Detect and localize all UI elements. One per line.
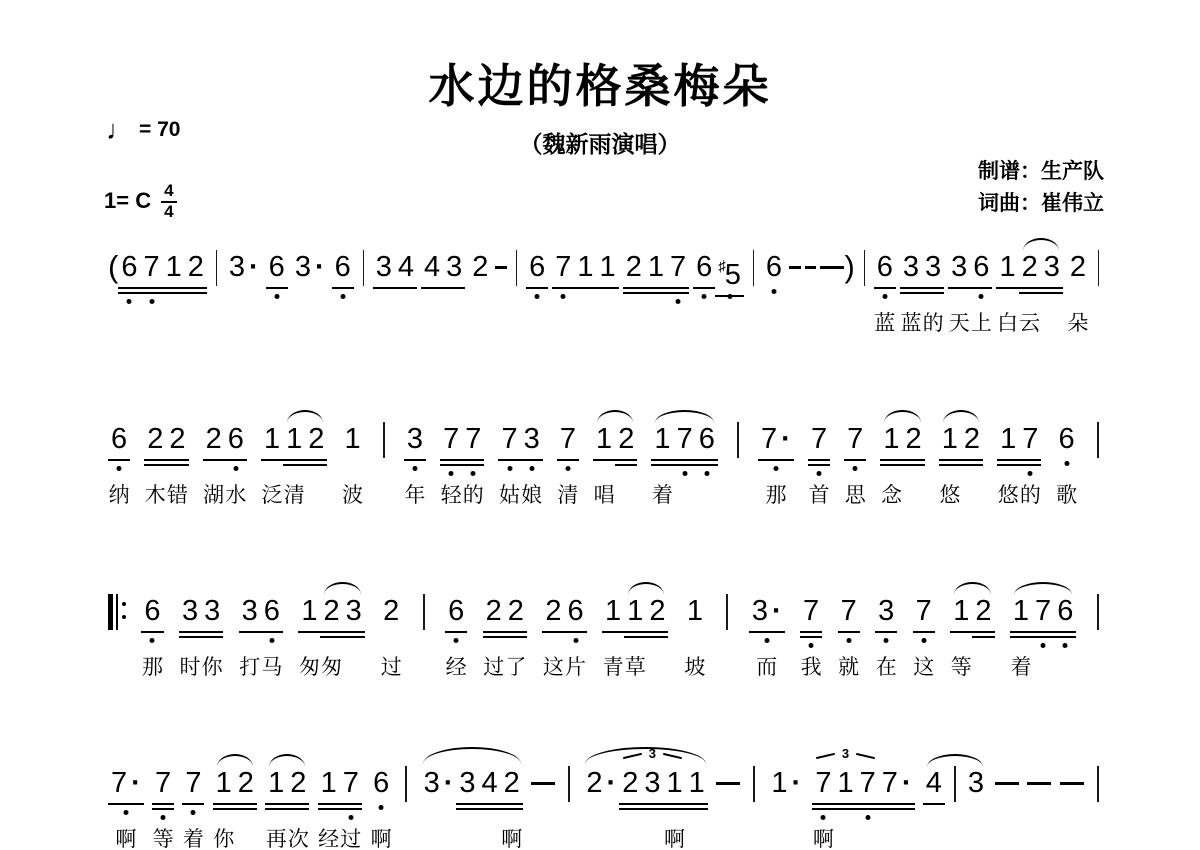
note-digit: 1 [318, 766, 340, 800]
lyric: 你 [202, 651, 223, 681]
octave-dot [149, 299, 154, 304]
barline [216, 250, 217, 286]
note-digit: 7 [498, 422, 520, 456]
lyric: 错 [167, 479, 188, 509]
credit-arranger: 制谱：生产队 [978, 156, 1104, 188]
lyric: 的 [923, 307, 944, 337]
lyric: 清 [557, 479, 578, 509]
lyric: 思 [845, 479, 866, 509]
beam-group: 1泛1清2 [261, 422, 327, 510]
paren: ) [844, 250, 854, 284]
dash-note [1060, 782, 1084, 785]
octave-dot [191, 810, 196, 815]
beam-group: 2这6片 [542, 594, 586, 682]
note-digit: 7 [812, 766, 834, 800]
tie-group: 1草2 [624, 594, 668, 682]
note-digit: 7 [1019, 422, 1041, 456]
lyric: 木 [145, 479, 166, 509]
octave-dot [379, 805, 384, 810]
note-digit: 3 [343, 594, 365, 628]
note: 2 [235, 766, 257, 850]
note-digit: 6 [108, 422, 130, 456]
lyric: 那 [142, 651, 163, 681]
note: 1· [768, 766, 804, 850]
octave-dot [274, 294, 279, 299]
note-digit: 3 [641, 766, 663, 800]
key-label: 1= C [104, 188, 151, 214]
lyric: 纳 [109, 479, 130, 509]
note: 2· [583, 766, 619, 850]
lyric: 云 [1019, 307, 1040, 337]
note: 7首 [808, 422, 830, 510]
note: 1白 [996, 250, 1018, 338]
note: 6经 [445, 594, 467, 682]
octave-dot [535, 294, 540, 299]
note: 3时 [179, 594, 201, 682]
note: 2了 [505, 594, 527, 682]
note-digit: 7 [857, 766, 879, 800]
lyric: 啊 [501, 823, 522, 850]
note-digit: 7 [674, 422, 696, 456]
note: 2匆 [320, 594, 342, 682]
sheet-music-page: 水边的格桑梅朵 （魏新雨演唱） ♩ = 70 1= C 4 4 制谱：生产队 词… [0, 0, 1200, 850]
note: 3打 [239, 594, 261, 682]
note: 1着 [651, 422, 673, 510]
note: 2湖 [203, 422, 225, 510]
note: 1念 [880, 422, 902, 510]
tie-group: 1再2次 [265, 766, 309, 850]
note-digit: 1 [593, 422, 615, 456]
note-digit: 3· [226, 250, 262, 284]
note-digit: 2 [972, 594, 994, 628]
note: 3你 [201, 594, 223, 682]
note-digit: 7 [552, 250, 574, 284]
octave-dot [773, 466, 778, 471]
lyric: 匆 [321, 651, 342, 681]
octave-dot [865, 815, 870, 820]
note: 6 [332, 250, 354, 338]
tie-group: 1等2 [950, 594, 994, 682]
barline [737, 422, 739, 458]
note-digit: 1 [602, 594, 624, 628]
paren: ( [108, 250, 118, 284]
note-digit: 3 [521, 422, 543, 456]
note: 3 [641, 766, 663, 850]
note-digit: 2 [903, 422, 925, 456]
note-digit: 2 [144, 422, 166, 456]
note: 7 [667, 250, 689, 338]
note: 3年 [404, 422, 426, 510]
note-digit: 2 [469, 250, 491, 284]
octave-dot [1063, 643, 1068, 648]
note-digit: 2 [542, 594, 564, 628]
note-digit: 4 [923, 766, 945, 800]
note: 2次 [287, 766, 309, 850]
note-digit: 1 [265, 766, 287, 800]
note-digit: 6 [370, 766, 392, 800]
note: 7姑 [498, 422, 520, 510]
note: 3 [965, 766, 987, 850]
augmentation-dot: · [440, 767, 454, 799]
note: 2 [469, 250, 491, 338]
octave-dot [821, 815, 826, 820]
note-digit: 6 [763, 250, 785, 284]
lyric: 啊 [115, 823, 136, 850]
note: 6那 [141, 594, 163, 682]
time-signature-top: 4 [161, 182, 176, 203]
note-digit: 7 [462, 422, 484, 456]
note: 7着 [182, 766, 204, 850]
lyric: 天 [949, 307, 970, 337]
notation-system: (67123·63·63443267112176♯56)6蓝3蓝3的3天6上1白… [106, 250, 1106, 338]
note-digit: 7· [108, 766, 144, 800]
octave-dot [454, 638, 459, 643]
tempo-value: = 70 [139, 118, 180, 142]
note-digit: 6 [526, 250, 548, 284]
notation-system: 6那3时3你3打6马1匆2匆32过6经2过2了2这6片1青1草21坡3·而7我7… [106, 594, 1106, 682]
note-digit: 2 [961, 422, 983, 456]
time-signature: 4 4 [161, 182, 176, 221]
repeat-dots [122, 602, 126, 606]
note-digit: 1 [624, 594, 646, 628]
note-digit: 7 [1032, 594, 1054, 628]
octave-dot [412, 466, 417, 471]
note-digit: 2 [501, 766, 523, 800]
note-digit: 7· [879, 766, 915, 800]
barline [753, 766, 755, 802]
note-digit: 4 [421, 250, 443, 284]
lyric: 轻 [441, 479, 462, 509]
note: 6上 [970, 250, 992, 338]
lyric: 过 [483, 651, 504, 681]
note: 7过 [340, 766, 362, 850]
note: 7 [140, 250, 162, 338]
tie-group: 1悠2 [939, 422, 983, 510]
lyric: 啊 [664, 823, 685, 850]
note: 2啊 [501, 766, 523, 850]
lyric: 朵 [1067, 307, 1088, 337]
note: 1啊 [663, 766, 685, 850]
note: 6蓝 [874, 250, 896, 338]
note-digit: 6 [261, 594, 283, 628]
tuplet-label: 3 [840, 746, 851, 761]
lyric: 啊 [813, 823, 834, 850]
lyric: 着 [652, 479, 673, 509]
note: 4 [421, 250, 443, 338]
note-digit: 4 [479, 766, 501, 800]
note: 2过 [380, 594, 402, 682]
note: 1经 [318, 766, 340, 850]
note-digit: 7 [340, 766, 362, 800]
octave-dot [150, 638, 155, 643]
note-digit: 1· [768, 766, 804, 800]
octave-dot [340, 294, 345, 299]
lyric: 了 [505, 651, 526, 681]
octave-dot [123, 810, 128, 815]
note-digit: 6 [874, 250, 896, 284]
lyric: 这 [543, 651, 564, 681]
lyric: 打 [239, 651, 260, 681]
barline [423, 594, 425, 630]
note-digit: 2 [287, 766, 309, 800]
note: 7清 [557, 422, 579, 510]
octave-dot [809, 643, 814, 648]
note-digit: 1 [213, 766, 235, 800]
beam-group: 1经7过 [318, 766, 362, 850]
note-digit: 6 [1054, 594, 1076, 628]
note: 2这 [542, 594, 564, 682]
lyric: 草 [625, 651, 646, 681]
note: 2 [185, 250, 207, 338]
note: 2 [623, 250, 645, 338]
beam-group: 3打6马 [239, 594, 283, 682]
note-digit: 3 [456, 766, 478, 800]
note-digit: 6 [445, 594, 467, 628]
tie-group: 1清2 [283, 422, 327, 510]
note: 2过 [483, 594, 505, 682]
beam-group: 43 [421, 250, 465, 338]
tie-group: 1唱2 [593, 422, 637, 510]
octave-dot [853, 466, 858, 471]
note-digit: 2 [615, 422, 637, 456]
octave-dot [565, 466, 570, 471]
note: 1你 [213, 766, 235, 850]
lyric: 这 [913, 651, 934, 681]
tie-group: 3·342啊 [421, 766, 523, 850]
note-digit: 7 [844, 422, 866, 456]
note-digit: 2 [619, 766, 641, 800]
octave-dot [704, 471, 709, 476]
note: 4 [923, 766, 945, 850]
note-digit: 3 [201, 594, 223, 628]
note-digit: 3· [749, 594, 785, 628]
octave-dot [817, 471, 822, 476]
beam-group: 342啊 [456, 766, 522, 850]
note: 3·而 [749, 594, 785, 682]
note-digit: 7 [808, 422, 830, 456]
note: 7轻 [440, 422, 462, 510]
note-digit: 7 [440, 422, 462, 456]
note: 7这 [913, 594, 935, 682]
notation-system: 7·啊7等7着1你21再2次1经7过6啊3·342啊2·231啊311·7啊17… [106, 766, 1106, 850]
augmentation-dot: · [787, 767, 801, 799]
note: 7就 [838, 594, 860, 682]
barline [516, 250, 517, 286]
lyric: 上 [971, 307, 992, 337]
lyric: 蓝 [874, 307, 895, 337]
note-digit: 4 [395, 250, 417, 284]
note: 7思 [844, 422, 866, 510]
lyric: 波 [342, 479, 363, 509]
lyric: 经 [446, 651, 467, 681]
barline [568, 766, 570, 802]
octave-dot [561, 294, 566, 299]
note-digit: 1 [834, 766, 856, 800]
note: 3 [456, 766, 478, 850]
note-digit: 6 [693, 250, 715, 284]
augmentation-dot: · [768, 595, 782, 627]
lyric: 我 [801, 651, 822, 681]
note: 6 [118, 250, 140, 338]
note: 3天 [948, 250, 970, 338]
credits: 制谱：生产队 词曲：崔伟立 [978, 156, 1104, 219]
barline [726, 594, 728, 630]
score: (67123·63·63443267112176♯56)6蓝3蓝3的3天6上1白… [0, 240, 1200, 850]
note-digit: 3 [875, 594, 897, 628]
barline [753, 250, 754, 286]
note: 6 [763, 250, 785, 338]
note: 1悠 [997, 422, 1019, 510]
note: 6 [693, 250, 715, 338]
lyric: 的 [463, 479, 484, 509]
note-digit: 1 [997, 422, 1019, 456]
octave-dot [127, 299, 132, 304]
note-digit: 3 [443, 250, 465, 284]
tuplet: 231啊3 [619, 766, 685, 850]
lyric: 马 [261, 651, 282, 681]
note-digit: 2 [203, 422, 225, 456]
note: 1唱 [593, 422, 615, 510]
note: 2 [646, 594, 668, 682]
note-digit: 2 [380, 594, 402, 628]
note-digit: 1 [597, 250, 619, 284]
lyric: 等 [951, 651, 972, 681]
note-digit: ♯5 [715, 250, 744, 292]
lyric: 你 [213, 823, 234, 850]
tie-group: 1念2 [880, 422, 924, 510]
barline [1097, 422, 1099, 458]
note: 3· [226, 250, 262, 338]
barline [363, 250, 364, 286]
note: 7我 [800, 594, 822, 682]
octave-dot [882, 294, 887, 299]
tempo-marking: ♩ = 70 [106, 118, 180, 142]
note-digit: 3 [1041, 250, 1063, 284]
note: 7的 [1019, 422, 1041, 510]
sharp-icon: ♯ [718, 258, 725, 275]
note-digit: 2 [505, 594, 527, 628]
header: 水边的格桑梅朵 （魏新雨演唱） ♩ = 70 1= C 4 4 制谱：生产队 词… [0, 0, 1200, 240]
note-digit: 6 [141, 594, 163, 628]
note-digit: 1 [939, 422, 961, 456]
tie-group: 1你2 [213, 766, 257, 850]
dash-note [495, 266, 507, 269]
lyric: 在 [876, 651, 897, 681]
note-digit: 1 [996, 250, 1018, 284]
note-digit: 1 [342, 422, 364, 456]
barline [1097, 594, 1099, 630]
barline [383, 422, 385, 458]
note: 7啊 [812, 766, 834, 850]
barline [864, 250, 865, 286]
note: 1 [574, 250, 596, 338]
note: 2错 [166, 422, 188, 510]
note-digit: 1 [880, 422, 902, 456]
note: 6 [1054, 594, 1076, 682]
key-signature: 1= C 4 4 [104, 182, 177, 221]
dash-note [805, 266, 817, 269]
octave-dot [233, 466, 238, 471]
beam-group: ) [820, 250, 854, 284]
barline [954, 766, 956, 802]
barline [1097, 766, 1099, 802]
song-title: 水边的格桑梅朵 [0, 0, 1200, 116]
note: 2 [615, 422, 637, 510]
beam-group: 1悠7的 [997, 422, 1041, 510]
octave-dot [884, 638, 889, 643]
note-digit: 2 [166, 422, 188, 456]
note-digit: 2 [1067, 250, 1089, 284]
octave-dot [702, 294, 707, 299]
beam-group: 3蓝3的 [900, 250, 944, 338]
beam-group: 34 [373, 250, 417, 338]
note: 4 [395, 250, 417, 338]
note-digit: 7· [758, 422, 794, 456]
note: 3 [373, 250, 395, 338]
augmentation-dot: · [127, 767, 141, 799]
lyric: 等 [153, 823, 174, 850]
lyric: 再 [266, 823, 287, 850]
note-digit: 7 [913, 594, 935, 628]
note-digit: 1 [1010, 594, 1032, 628]
note: 6歌 [1056, 422, 1078, 510]
note-digit: 3 [922, 250, 944, 284]
tie-group: 2匆3 [320, 594, 364, 682]
note-digit: 7 [140, 250, 162, 284]
note-digit: 2 [1019, 250, 1041, 284]
note-digit: 3 [965, 766, 987, 800]
dash-note [1027, 782, 1051, 785]
note: 1 [834, 766, 856, 850]
quarter-note-icon: ♩ [106, 120, 133, 140]
beam-group: 2湖6水 [203, 422, 247, 510]
beam-group: 3时3你 [179, 594, 223, 682]
note-digit: 3· [421, 766, 457, 800]
lyric: 蓝 [900, 307, 921, 337]
octave-dot [1064, 461, 1069, 466]
note-digit: 1 [663, 766, 685, 800]
beam-group: 7啊1737· [812, 766, 914, 850]
lyric: 经 [318, 823, 339, 850]
note-digit: 3· [292, 250, 328, 284]
lyric: 过 [340, 823, 361, 850]
note-digit: 2 [185, 250, 207, 284]
lyric: 而 [756, 651, 777, 681]
tie-group: 2·231啊31 [583, 766, 707, 850]
beam-group: 1青1草2 [602, 594, 668, 682]
note-digit: 7 [667, 250, 689, 284]
note-digit: 3 [948, 250, 970, 284]
note: 2 [961, 422, 983, 510]
note: 3娘 [521, 422, 543, 510]
note: 4 [479, 766, 501, 850]
lyric: 水 [225, 479, 246, 509]
note-digit: 6 [1056, 422, 1078, 456]
note-digit: 2 [235, 766, 257, 800]
dash-note [531, 782, 555, 785]
note-digit: 6 [332, 250, 354, 284]
note: 6马 [261, 594, 283, 682]
octave-dot [161, 815, 166, 820]
note: 7 [552, 250, 574, 338]
octave-dot [573, 638, 578, 643]
note-digit: 1 [651, 422, 673, 456]
lyric: 匆 [299, 651, 320, 681]
note: 1 [686, 766, 708, 850]
note-digit: 6 [118, 250, 140, 284]
note-digit: 1 [950, 594, 972, 628]
note: 6啊 [370, 766, 392, 850]
